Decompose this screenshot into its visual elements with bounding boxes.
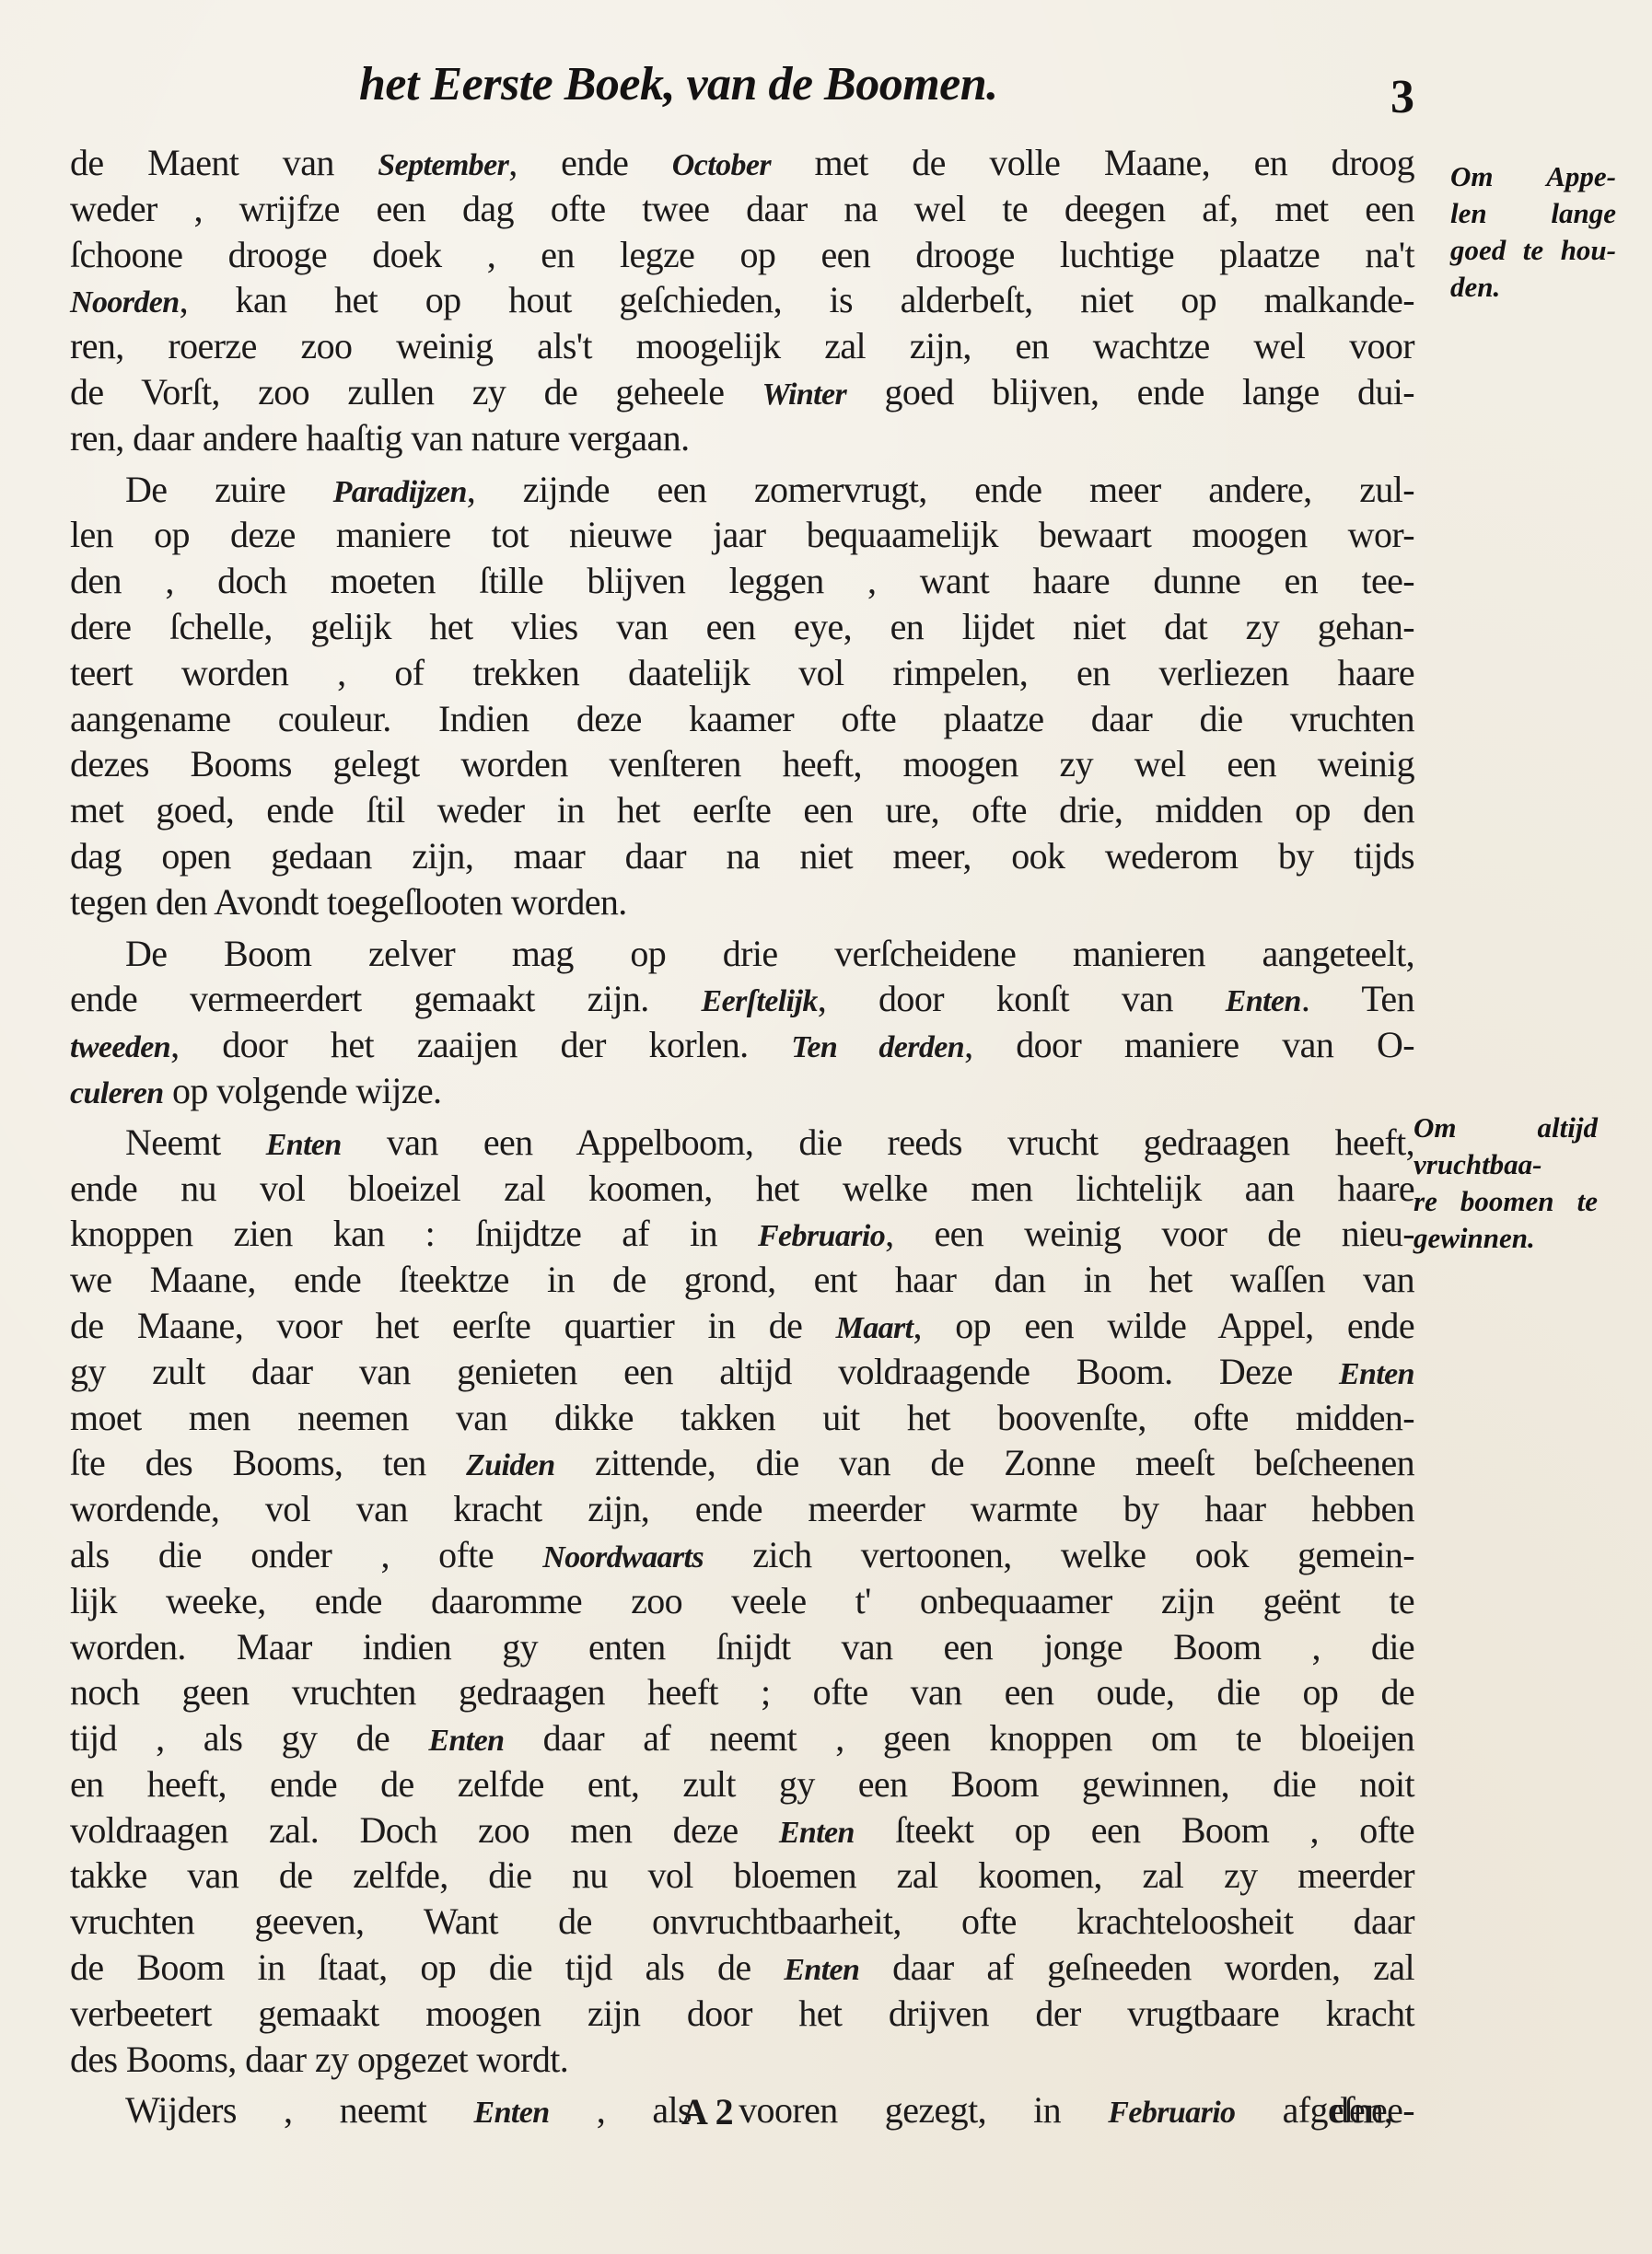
text-run: Wijders , neemt [125,2089,474,2131]
text-line: we Maane, ende ſteektze in de grond, ent… [70,1257,1414,1303]
italic-term: Februario [758,1219,885,1253]
text-run: ſteekt op een Boom , ofte [855,1809,1414,1851]
text-run: weder , wrijfze een dag ofte twee daar n… [70,188,1414,229]
text-run: als die onder , ofte [70,1534,542,1575]
text-run: verbeetert gemaakt moogen zijn door het … [70,1993,1414,2034]
text-line: en heeft, ende de zelfde ent, zult gy ee… [70,1761,1414,1807]
text-run: zittende, die van de Zonne meeſt beſchee… [555,1442,1414,1483]
text-run: dag open gedaan zijn, maar daar na niet … [70,835,1414,877]
text-line: lijk weeke, ende daaromme zoo veele t' o… [70,1578,1414,1624]
text-run: , een weinig voor de nieu- [885,1213,1414,1254]
text-run: wordende, vol van kracht zijn, ende meer… [70,1488,1414,1529]
text-line: als die onder , ofte Noordwaarts zich ve… [70,1532,1414,1578]
text-line: tijd , als gy de Enten daar af neemt , g… [70,1715,1414,1761]
text-line: met goed, ende ſtil weder in het eerſte … [70,787,1414,833]
page-number: 3 [1390,70,1414,124]
text-run: zich vertoonen, welke ook gemein- [704,1534,1414,1575]
text-line: ren, daar andere haaſtig van nature verg… [70,415,1414,461]
text-run: noch geen vruchten gedraagen heeft ; oft… [70,1671,1414,1713]
italic-term: October [672,148,771,182]
text-line: dezes Booms gelegt worden venſteren heef… [70,741,1414,787]
page-header: het Eerste Boek, van de Boomen. 3 [359,57,1427,122]
margin-note-line: re boomen te [1414,1183,1598,1220]
italic-term: Noorden [70,285,180,320]
margin-note-vruchtbare-boomen: Om altijdvruchtbaa-re boomen tegewinnen. [1414,1110,1598,1257]
margin-note-line: Om Appe- [1450,158,1616,195]
text-line: Wijders , neemt Enten , als vooren gezeg… [70,2087,1414,2133]
text-line: de Vorſt, zoo zullen zy de geheele Winte… [70,369,1414,415]
main-text-block: de Maent van September, ende October met… [70,140,1414,2133]
text-run: , door maniere van O- [964,1024,1414,1065]
italic-term: Noordwaarts [542,1540,704,1574]
italic-term: Enten [784,1953,859,1987]
text-run: , door konſt van [818,978,1226,1019]
text-run: de Maane, voor het eerſte quartier in de [70,1305,836,1346]
text-line: len op deze maniere tot nieuwe jaar bequ… [70,512,1414,558]
text-run: aangename couleur. Indien deze kaamer of… [70,698,1414,739]
italic-term: Enten [1339,1357,1414,1391]
italic-term: Enten [428,1724,504,1758]
text-line: noch geen vruchten gedraagen heeft ; oft… [70,1669,1414,1715]
text-run: met de volle Maane, en droog [771,142,1414,183]
text-line: moet men neemen van dikke takken uit het… [70,1395,1414,1441]
italic-term: Eerſtelijk [702,984,818,1018]
text-line: De Boom zelver mag op drie verſcheidene … [70,931,1414,977]
text-run: de Vorſt, zoo zullen zy de geheele [70,371,762,412]
text-run: ende vermeerdert gemaakt zijn. [70,978,702,1019]
italic-term: Enten [1226,984,1301,1018]
text-line: tegen den Avondt toegeſlooten worden. [70,879,1414,925]
text-line: wordende, vol van kracht zijn, ende meer… [70,1486,1414,1532]
text-run: daar af geſneeden worden, zal [859,1946,1414,1988]
text-run: , kan het op hout geſchieden, is alderbe… [180,279,1414,320]
text-run: , als vooren gezegt, in [550,2089,1109,2131]
text-run: ren, daar andere haaſtig van nature verg… [70,417,690,459]
text-line: de Maent van September, ende October met… [70,140,1414,186]
text-line: Noorden, kan het op hout geſchieden, is … [70,277,1414,323]
text-line: dag open gedaan zijn, maar daar na niet … [70,833,1414,879]
text-line: aangename couleur. Indien deze kaamer of… [70,696,1414,742]
italic-term: Enten [779,1816,855,1850]
text-run: gy zult daar van genieten een altijd vol… [70,1351,1339,1392]
margin-note-line: Om altijd [1414,1110,1598,1146]
italic-term: Februario [1108,2096,1235,2130]
text-line: de Boom in ſtaat, op die tijd als de Ent… [70,1945,1414,1991]
text-run: des Booms, daar zy opgezet wordt. [70,2039,568,2080]
text-run: de Maent van [70,142,378,183]
text-line: gy zult daar van genieten een altijd vol… [70,1349,1414,1395]
text-run: dere ſchelle, gelijk het vlies van een e… [70,606,1414,647]
text-run: , door het zaaijen der korlen. [170,1024,791,1065]
italic-term: Ten derden [791,1030,964,1064]
margin-note-line: vruchtbaa- [1414,1146,1598,1183]
text-run: ſte des Booms, ten [70,1442,466,1483]
italic-term: Enten [474,2096,550,2130]
italic-term: Enten [266,1128,342,1162]
text-run: teert worden , of trekken daatelijk vol … [70,652,1414,693]
text-line: voldraagen zal. Doch zoo men deze Enten … [70,1807,1414,1853]
margin-note-line: gewinnen. [1414,1220,1598,1257]
text-line: De zuire Paradijzen, zijnde een zomervru… [70,467,1414,513]
text-line: knoppen zien kan : ſnijdtze af in Februa… [70,1211,1414,1257]
catchword: den, [1331,2088,1393,2132]
text-run: goed blijven, ende lange dui- [846,371,1414,412]
text-line: Neemt Enten van een Appelboom, die reeds… [70,1120,1414,1166]
signature-mark: A 2 [681,2090,734,2133]
text-run: tegen den Avondt toegeſlooten worden. [70,881,627,923]
text-run: op volgende wijze. [164,1070,442,1111]
italic-term: tweeden [70,1030,170,1064]
text-run: met goed, ende ſtil weder in het eerſte … [70,789,1414,831]
text-run: ren, roerze zoo weinig als't moogelijk z… [70,325,1414,366]
text-line: ende vermeerdert gemaakt zijn. Eerſtelij… [70,976,1414,1022]
italic-term: Zuiden [466,1448,555,1482]
text-run: , zijnde een zomervrugt, ende meer ander… [467,469,1414,510]
italic-term: culeren [70,1076,164,1110]
text-run: tijd , als gy de [70,1717,428,1759]
text-run: De zuire [125,469,333,510]
running-title: het Eerste Boek, van de Boomen. [359,57,998,111]
text-run: ende nu vol bloeizel zal koomen, het wel… [70,1168,1414,1209]
text-run: dezes Booms gelegt worden venſteren heef… [70,743,1414,784]
text-run: moet men neemen van dikke takken uit het… [70,1397,1414,1438]
text-run: len op deze maniere tot nieuwe jaar bequ… [70,514,1414,555]
text-run: ſchoone drooge doek , en legze op een dr… [70,234,1414,275]
text-run: vruchten geeven, Want de onvruchtbaarhei… [70,1900,1414,1942]
text-run: Neemt [125,1121,266,1163]
text-line: weder , wrijfze een dag ofte twee daar n… [70,186,1414,232]
text-line: takke van de zelfde, die nu vol bloemen … [70,1853,1414,1899]
margin-note-line: goed te hou- [1450,232,1616,269]
text-line: culeren op volgende wijze. [70,1068,1414,1114]
text-line: worden. Maar indien gy enten ſnijdt van … [70,1624,1414,1670]
text-line: dere ſchelle, gelijk het vlies van een e… [70,604,1414,650]
text-run: takke van de zelfde, die nu vol bloemen … [70,1854,1414,1896]
margin-note-line: len lange [1450,195,1616,232]
text-run: worden. Maar indien gy enten ſnijdt van … [70,1626,1414,1667]
italic-term: September [378,148,508,182]
text-line: de Maane, voor het eerſte quartier in de… [70,1303,1414,1349]
text-line: teert worden , of trekken daatelijk vol … [70,650,1414,696]
text-run: den , doch moeten ſtille blijven leggen … [70,560,1414,601]
text-line: ren, roerze zoo weinig als't moogelijk z… [70,323,1414,369]
text-run: , op een wilde Appel, ende [913,1305,1414,1346]
italic-term: Paradijzen [333,475,467,509]
text-run: de Boom in ſtaat, op die tijd als de [70,1946,784,1988]
text-line: vruchten geeven, Want de onvruchtbaarhei… [70,1899,1414,1945]
italic-term: Maart [836,1311,913,1345]
text-run: en heeft, ende de zelfde ent, zult gy ee… [70,1763,1414,1805]
text-run: De Boom zelver mag op drie verſcheidene … [125,933,1414,974]
text-run: van een Appelboom, die reeds vrucht gedr… [342,1121,1414,1163]
text-line: den , doch moeten ſtille blijven leggen … [70,558,1414,604]
text-run: . Ten [1301,978,1414,1019]
text-line: ende nu vol bloeizel zal koomen, het wel… [70,1166,1414,1212]
margin-note-appelen: Om Appe-len langegoed te hou-den. [1450,158,1616,306]
margin-note-line: den. [1450,269,1616,306]
italic-term: Winter [762,378,847,412]
text-line: des Booms, daar zy opgezet wordt. [70,2037,1414,2083]
text-run: knoppen zien kan : ſnijdtze af in [70,1213,758,1254]
text-run: daar af neemt , geen knoppen om te bloei… [504,1717,1414,1759]
text-run: lijk weeke, ende daaromme zoo veele t' o… [70,1580,1414,1621]
text-run: , ende [508,142,672,183]
text-run: we Maane, ende ſteektze in de grond, ent… [70,1259,1414,1300]
text-line: ſchoone drooge doek , en legze op een dr… [70,232,1414,278]
text-run: voldraagen zal. Doch zoo men deze [70,1809,779,1851]
text-line: ſte des Booms, ten Zuiden zittende, die … [70,1440,1414,1486]
text-line: verbeetert gemaakt moogen zijn door het … [70,1991,1414,2037]
text-line: tweeden, door het zaaijen der korlen. Te… [70,1022,1414,1068]
